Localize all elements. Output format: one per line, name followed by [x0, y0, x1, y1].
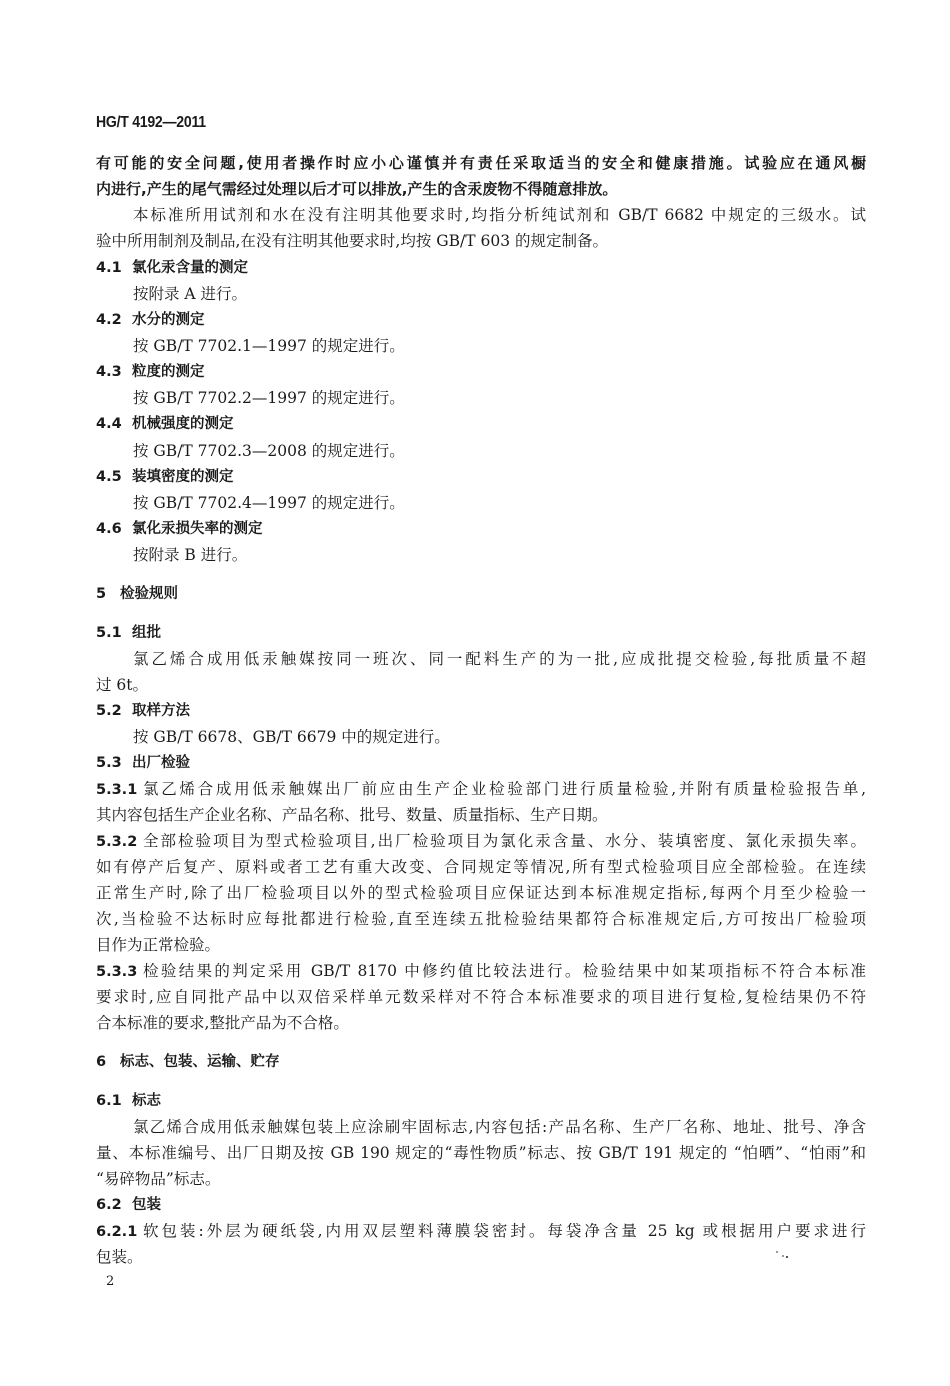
heading-5-2: 5.2取样方法 — [96, 701, 190, 721]
warning-line-2: 内进行,产生的尾气需经过处理以后才可以排放,产生的含汞废物不得随意排放。 — [96, 179, 617, 199]
heading-4-5: 4.5装填密度的测定 — [96, 467, 234, 487]
heading-4-4: 4.4机械强度的测定 — [96, 414, 234, 434]
heading-5-1: 5.1组批 — [96, 623, 161, 643]
scan-speck — [776, 1251, 778, 1253]
body-6-2-1-line-2: 包装。 — [96, 1247, 143, 1267]
body-5-3-2-line-1: 5.3.2全部检验项目为型式检验项目,出厂检验项目为氯化汞含量、水分、装填密度、… — [96, 831, 866, 852]
standard-code-header: HG/T 4192—2011 — [96, 114, 206, 132]
body-4-2: 按 GB/T 7702.1—1997 的规定进行。 — [133, 336, 405, 356]
heading-5-3: 5.3出厂检验 — [96, 753, 190, 773]
body-5-3-2-line-4: 次,当检验不达标时应每批都进行检验,直至连续五批检验结果都符合标准规定后,方可按… — [96, 909, 866, 929]
body-5-2: 按 GB/T 6678、GB/T 6679 中的规定进行。 — [133, 727, 450, 747]
heading-4-6: 4.6氯化汞损失率的测定 — [96, 519, 263, 539]
body-4-6: 按附录 B 进行。 — [133, 545, 247, 565]
scan-speck — [786, 1256, 788, 1258]
body-5-3-1-line-2: 其内容包括生产企业名称、产品名称、批号、数量、质量指标、生产日期。 — [96, 805, 608, 825]
body-4-4: 按 GB/T 7702.3—2008 的规定进行。 — [133, 441, 405, 461]
body-5-3-2-line-2: 如有停产后复产、原料或者工艺有重大改变、合同规定等情况,所有型式检验项目应全部检… — [96, 857, 866, 877]
body-5-3-2-line-5: 目作为正常检验。 — [96, 935, 220, 955]
body-5-3-1-line-1: 5.3.1氯乙烯合成用低汞触媒出厂前应由生产企业检验部门进行质量检验,并附有质量… — [96, 779, 866, 800]
heading-4-3: 4.3粒度的测定 — [96, 362, 205, 382]
body-6-1-line-3: “易碎物品”标志。 — [96, 1169, 220, 1189]
body-5-3-2-line-3: 正常生产时,除了出厂检验项目以外的型式检验项目应保证达到本标准规定指标,每两个月… — [96, 883, 866, 903]
warning-line-1: 有可能的安全问题,使用者操作时应小心谨慎并有责任采取适当的安全和健康措施。试验应… — [96, 153, 866, 173]
heading-4-1: 4.1氯化汞含量的测定 — [96, 258, 248, 278]
page-number: 2 — [106, 1274, 114, 1289]
body-5-1-line-1: 氯乙烯合成用低汞触媒按同一班次、同一配料生产的为一批,应成批提交检验,每批质量不… — [133, 649, 866, 669]
heading-6: 6标志、包装、运输、贮存 — [96, 1052, 280, 1072]
heading-6-2: 6.2包装 — [96, 1195, 161, 1215]
body-5-1-line-2: 过 6t。 — [96, 675, 148, 695]
heading-4-2: 4.2水分的测定 — [96, 310, 205, 330]
body-6-2-1-line-1: 6.2.1软包装:外层为硬纸袋,内用双层塑料薄膜袋密封。每袋净含量 25 kg … — [96, 1221, 866, 1242]
body-4-3: 按 GB/T 7702.2—1997 的规定进行。 — [133, 388, 405, 408]
reagent-line-1: 本标准所用试剂和水在没有注明其他要求时,均指分析纯试剂和 GB/T 6682 中… — [133, 205, 866, 225]
body-5-3-3-line-2: 要求时,应自同批产品中以双倍采样单元数采样对不符合本标准要求的项目进行复检,复检… — [96, 987, 866, 1007]
body-5-3-3-line-3: 合本标准的要求,整批产品为不合格。 — [96, 1013, 349, 1033]
body-6-1-line-1: 氯乙烯合成用低汞触媒包装上应涂刷牢固标志,内容包括:产品名称、生产厂名称、地址、… — [133, 1117, 866, 1137]
body-5-3-3-line-1: 5.3.3检验结果的判定采用 GB/T 8170 中修约值比较法进行。检验结果中… — [96, 961, 866, 982]
heading-6-1: 6.1标志 — [96, 1091, 161, 1111]
scan-speck — [782, 1255, 784, 1257]
reagent-line-2: 验中所用制剂及制品,在没有注明其他要求时,均按 GB/T 603 的规定制备。 — [96, 231, 608, 251]
heading-5: 5检验规则 — [96, 584, 178, 604]
document-page: HG/T 4192—2011 有可能的安全问题,使用者操作时应小心谨慎并有责任采… — [0, 0, 950, 1386]
body-4-5: 按 GB/T 7702.4—1997 的规定进行。 — [133, 493, 405, 513]
body-4-1: 按附录 A 进行。 — [133, 284, 247, 304]
body-6-1-line-2: 量、本标准编号、出厂日期及按 GB 190 规定的“毒性物质”标志、按 GB/T… — [96, 1143, 866, 1163]
